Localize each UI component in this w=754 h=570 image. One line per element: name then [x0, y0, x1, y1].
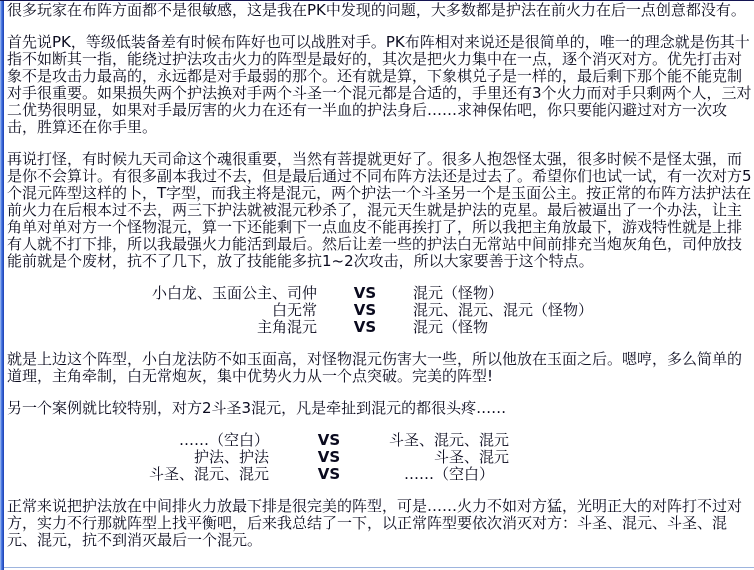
- paragraph-intro: 很多玩家在布阵方面都不是很敏感，这是我在PK中发现的问题，大多数都是护法在前火力…: [7, 2, 752, 19]
- vs-label: VS: [317, 302, 413, 319]
- vs-label: VS: [317, 319, 413, 336]
- formation-table-1: 小白龙、玉面公主、司仲 VS 混元（怪物） 白无常 VS 混元、混元、混元（怪物…: [7, 285, 752, 336]
- paragraph-monster-fight: 再说打怪，有时候九天司命这个魂很重要，当然有菩提就更好了。很多人抱怨怪太强，很多…: [7, 151, 752, 270]
- left-team: 小白龙、玉面公主、司仲: [7, 285, 317, 302]
- paragraph-conclusion: 正常来说把护法放在中间排火力放最下排是很完美的阵型，可是……火力不如对方猛，光明…: [7, 498, 752, 549]
- right-team: 斗圣、混元: [389, 449, 752, 466]
- left-team: 护法、护法: [7, 449, 269, 466]
- window-border-left: [0, 0, 4, 570]
- right-team: 混元（怪物）: [413, 285, 752, 302]
- window-border-bottom: [4, 567, 754, 568]
- table-row: 主角混元 VS 混元（怪物: [7, 319, 752, 336]
- right-team: 混元、混元、混元（怪物）: [413, 302, 752, 319]
- right-team: 混元（怪物: [413, 319, 752, 336]
- formation-table-2: ……（空白） VS 斗圣、混元、混元 护法、护法 VS 斗圣、混元 斗圣、混元、…: [7, 432, 752, 483]
- table-row: 小白龙、玉面公主、司仲 VS 混元（怪物）: [7, 285, 752, 302]
- table-row: 护法、护法 VS 斗圣、混元: [7, 449, 752, 466]
- text-document-area[interactable]: 很多玩家在布阵方面都不是很敏感，这是我在PK中发现的问题，大多数都是护法在前火力…: [7, 2, 752, 549]
- table-row: ……（空白） VS 斗圣、混元、混元: [7, 432, 752, 449]
- left-team: 白无常: [7, 302, 317, 319]
- vs-label: VS: [269, 432, 389, 449]
- left-team: 主角混元: [7, 319, 317, 336]
- table-row: 斗圣、混元、混元 VS ……（空白）: [7, 466, 752, 483]
- vs-label: VS: [317, 285, 413, 302]
- table-row: 白无常 VS 混元、混元、混元（怪物）: [7, 302, 752, 319]
- paragraph-pk-basics: 首先说PK，等级低装备差有时候布阵好也可以战胜对手。PK布阵相对来说还是很简单的…: [7, 34, 752, 136]
- vs-label: VS: [269, 449, 389, 466]
- right-team: ……（空白）: [389, 466, 752, 483]
- left-team: 斗圣、混元、混元: [7, 466, 269, 483]
- left-team: ……（空白）: [7, 432, 269, 449]
- vs-label: VS: [269, 466, 389, 483]
- paragraph-formation-explain: 就是上边这个阵型，小白龙法防不如玉面高，对怪物混元伤害大一些，所以他放在玉面之后…: [7, 351, 752, 385]
- right-team: 斗圣、混元、混元: [389, 432, 752, 449]
- paragraph-special-case: 另一个案例就比较特别，对方2斗圣3混元，凡是牵扯到混元的都很头疼……: [7, 400, 752, 417]
